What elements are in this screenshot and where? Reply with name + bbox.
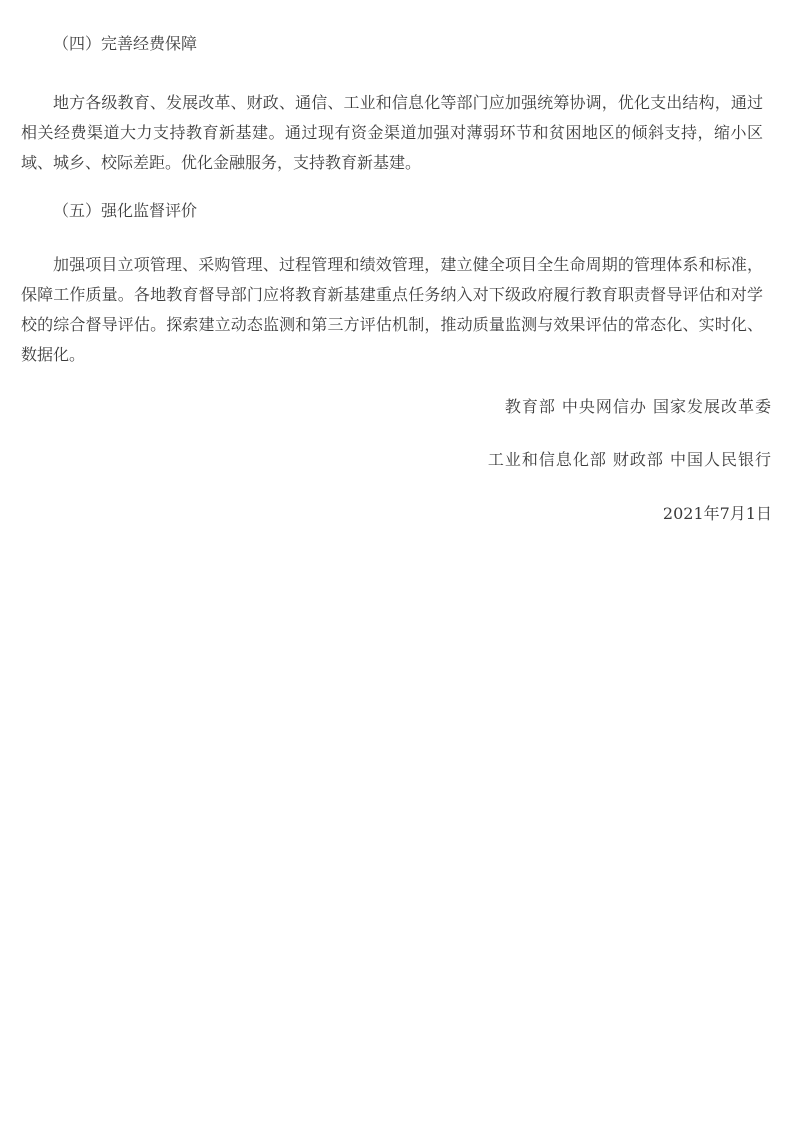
section-heading-funding: （四）完善经费保障	[53, 29, 197, 59]
signature-issuers-line-1: 教育部 中央网信办 国家发展改革委	[505, 392, 772, 422]
section-heading-supervision: （五）强化监督评价	[53, 196, 197, 226]
signature-issuers-line-2: 工业和信息化部 财政部 中国人民银行	[488, 445, 772, 475]
signature-date: 2021年7月1日	[663, 499, 772, 529]
section-paragraph-supervision: 加强项目立项管理、采购管理、过程管理和绩效管理，建立健全项目全生命周期的管理体系…	[21, 250, 763, 370]
section-paragraph-funding: 地方各级教育、发展改革、财政、通信、工业和信息化等部门应加强统筹协调，优化支出结…	[21, 88, 763, 178]
